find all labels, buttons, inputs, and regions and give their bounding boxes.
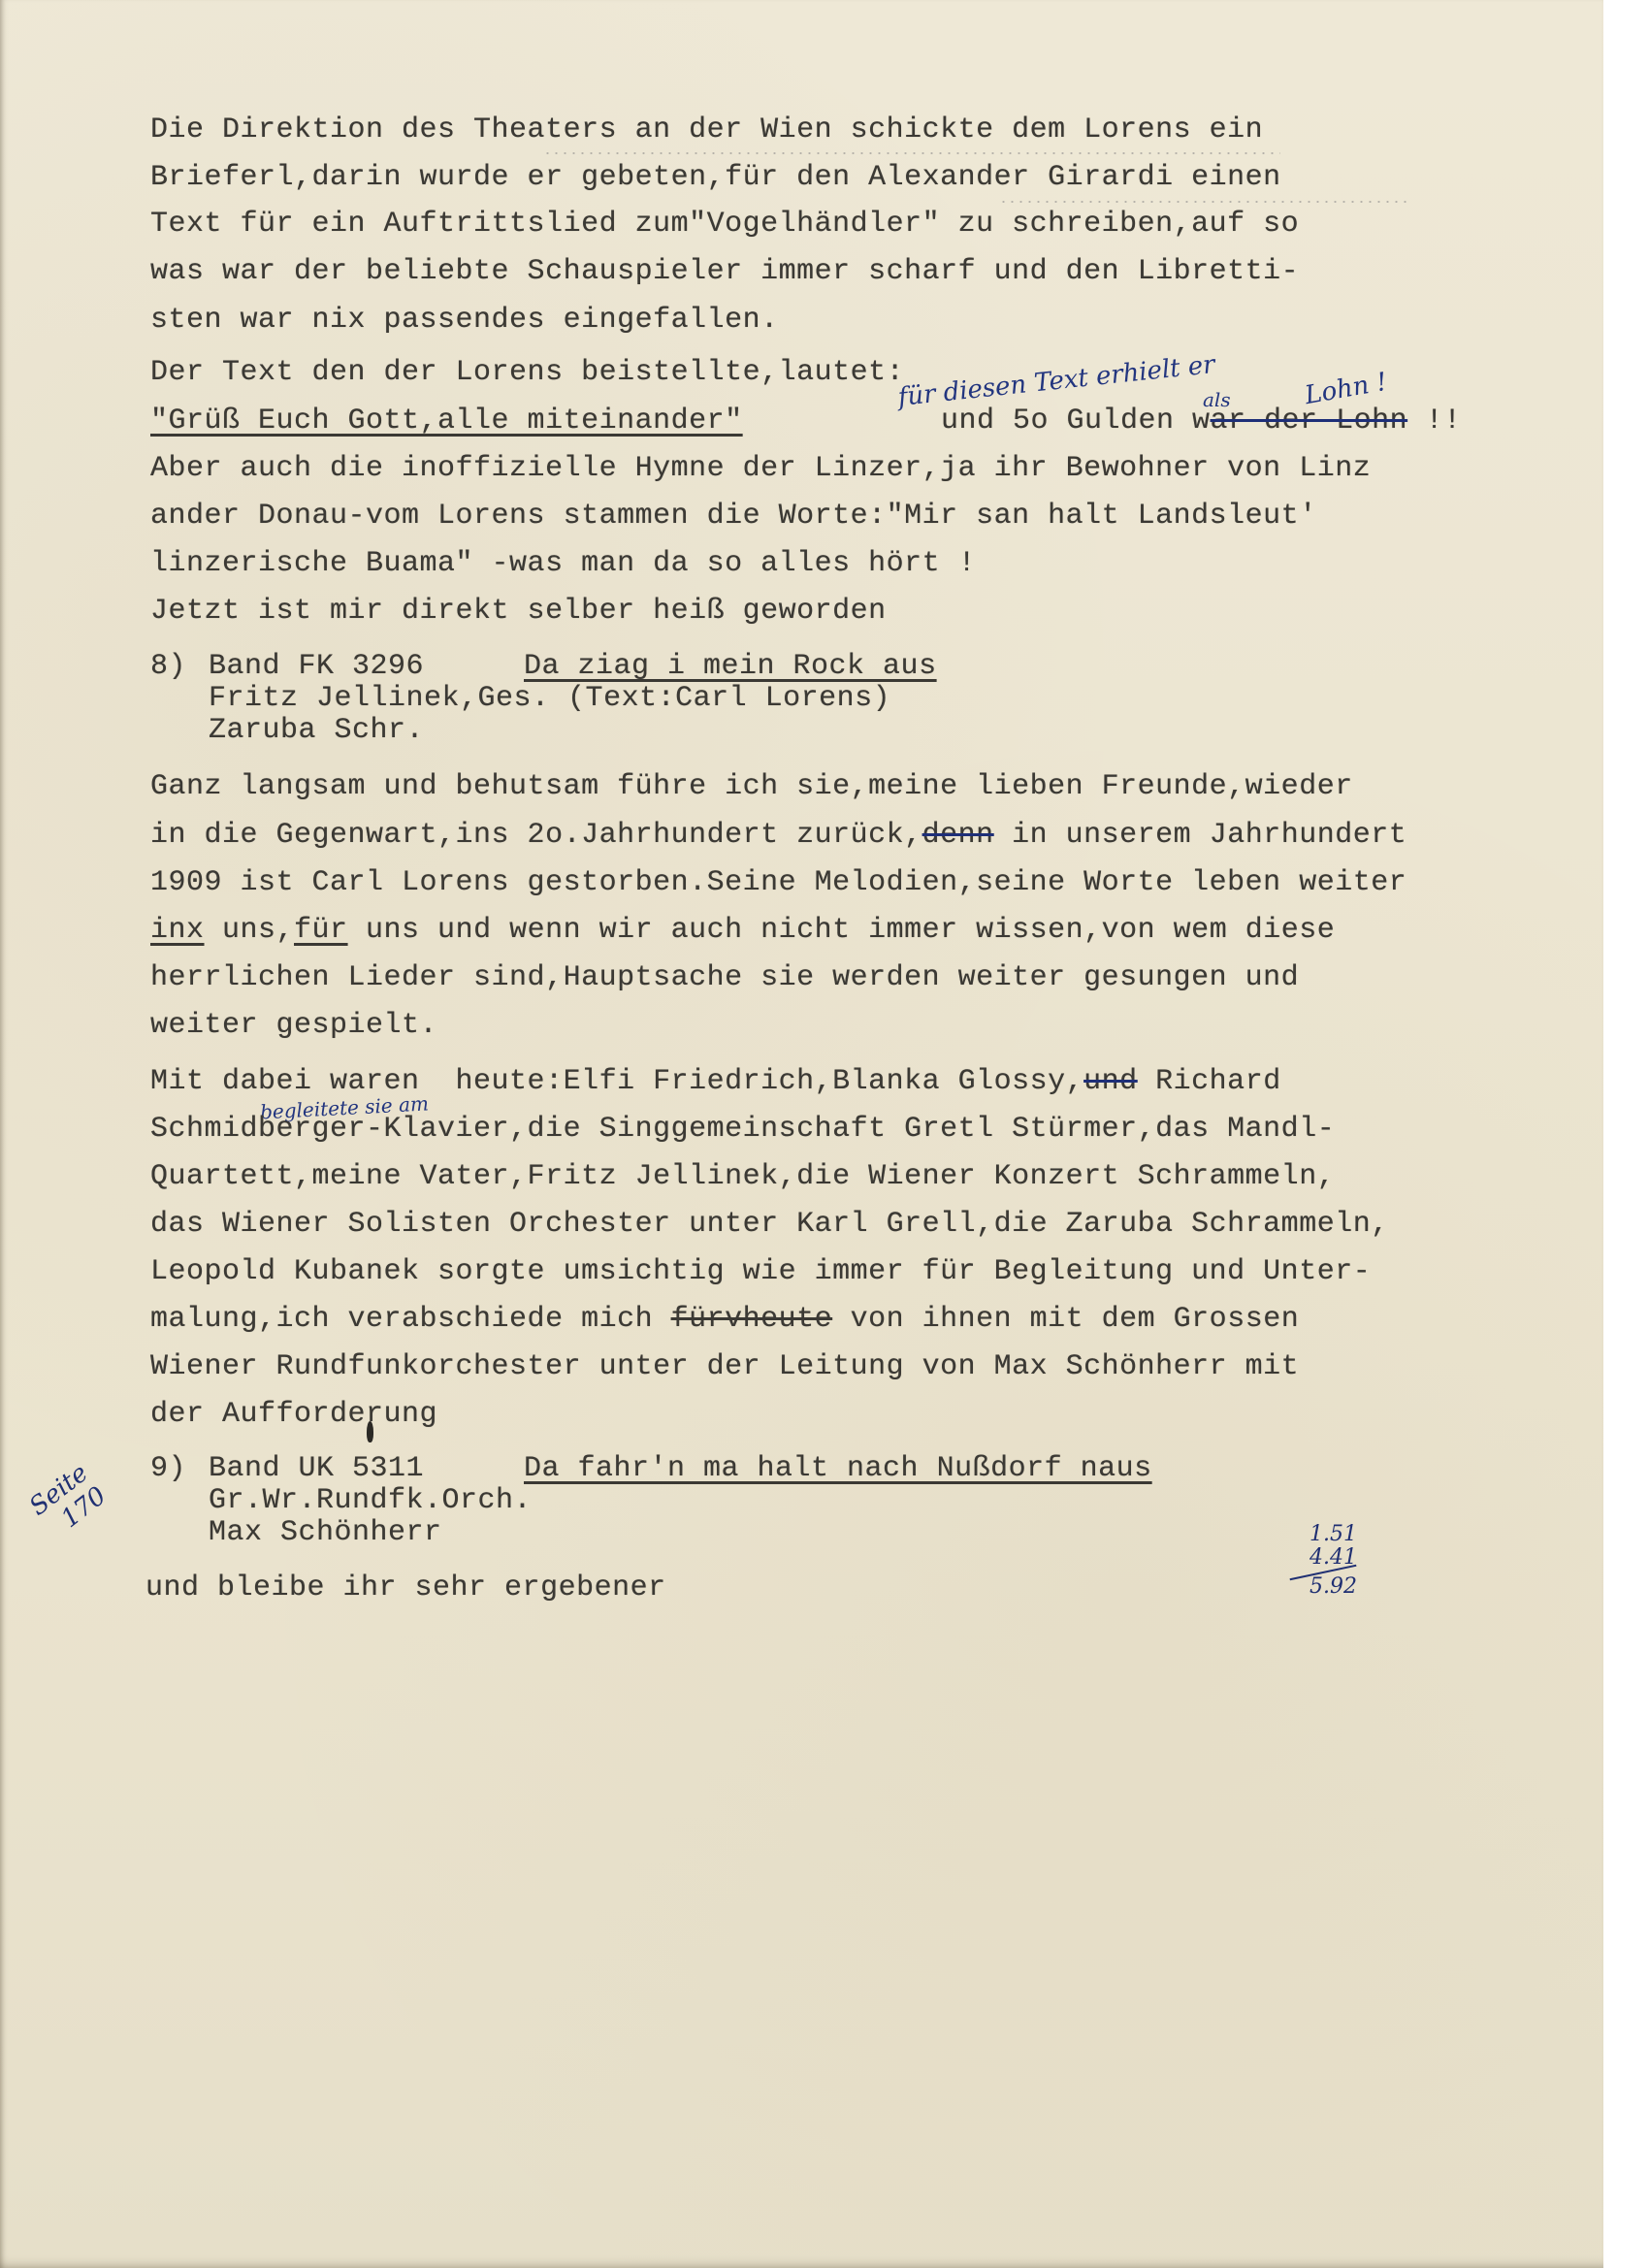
- para3-line: Ganz langsam und behutsam führe ich sie,…: [150, 770, 1353, 803]
- para3-line: weiter gespielt.: [150, 1009, 437, 1042]
- guide-dots: [543, 152, 1280, 154]
- track-9-conductor: Max Schönherr: [209, 1516, 442, 1549]
- para3-line: in die Gegenwart,ins 2o.Jahrhundert zurü…: [150, 819, 1406, 852]
- underlined-inx: inx: [150, 914, 205, 947]
- para4-line: Leopold Kubanek sorgte umsichtig wie imm…: [150, 1255, 1371, 1288]
- para1-line: Text für ein Auftrittslied zum"Vogelhänd…: [150, 208, 1299, 241]
- handwritten-time-sum: 1.51 4.41 5.92: [1295, 1523, 1357, 1599]
- payment-suffix: !!: [1407, 405, 1462, 437]
- para4-text: Mit dabei waren heute:Elfi Friedrich,Bla…: [150, 1065, 1083, 1098]
- track-8-title: Da ziag i mein Rock aus: [524, 650, 937, 683]
- closing-line: und bleibe ihr sehr ergebener: [145, 1571, 666, 1604]
- para3-text: uns und wenn wir auch nicht immer wissen…: [348, 914, 1336, 947]
- para4-line: Quartett,meine Vater,Fritz Jellinek,die …: [150, 1160, 1335, 1193]
- para4-line: malung,ich verabschiede mich fürvheute v…: [150, 1303, 1299, 1336]
- para3-line: herrlichen Lieder sind,Hauptsache sie we…: [150, 961, 1299, 994]
- para4-text: malung,ich verabschiede mich: [150, 1303, 671, 1336]
- struck-denn: denn: [922, 819, 994, 852]
- guide-dots: [999, 201, 1406, 203]
- track-8-number: 8): [150, 650, 186, 683]
- para2-line: Jetzt ist mir direkt selber heiß geworde…: [150, 595, 887, 628]
- ink-blot: [367, 1421, 373, 1442]
- para4-line: Schmidberger-Klavier,die Singgemeinschaf…: [150, 1113, 1335, 1146]
- underlined-fuer: für: [294, 914, 348, 947]
- para1-line: sten war nix passendes eingefallen.: [150, 304, 779, 337]
- track-9-tape: Band UK 5311: [209, 1452, 424, 1485]
- para3-text: uns,: [205, 914, 295, 947]
- para3-text: in die Gegenwart,ins 2o.Jahrhundert zurü…: [150, 819, 922, 852]
- track-9-title: Da fahr'n ma halt nach Nußdorf naus: [524, 1452, 1152, 1485]
- track-8-ensemble: Zaruba Schr.: [209, 714, 424, 747]
- para2-line: Aber auch die inoffizielle Hymne der Lin…: [150, 452, 1371, 485]
- track-8-tape: Band FK 3296: [209, 650, 424, 683]
- track-9-performer: Gr.Wr.Rundfk.Orch.: [209, 1484, 532, 1517]
- para2-line: ander Donau-vom Lorens stammen die Worte…: [150, 500, 1317, 533]
- payment-prefix: und 5o Gulden w: [941, 405, 1211, 437]
- para3-text: in unserem Jahrhundert: [994, 819, 1407, 852]
- track-9-number: 9): [150, 1452, 186, 1485]
- time-sum-line-1: 1.51: [1295, 1523, 1357, 1546]
- margin-note-page: Seite 170: [24, 1458, 112, 1544]
- para4-line: das Wiener Solisten Orchester unter Karl…: [150, 1208, 1389, 1241]
- para1-line: Brieferl,darin wurde er gebeten,für den …: [150, 161, 1281, 194]
- song-title-gruss-euch-gott: "Grüß Euch Gott,alle miteinander": [150, 405, 743, 437]
- paper-sheet: Die Direktion des Theaters an der Wien s…: [0, 0, 1603, 2268]
- struck-fuer-heute: fürvheute: [671, 1303, 833, 1336]
- time-sum-total: 5.92: [1295, 1575, 1357, 1599]
- para3-line: inx uns,für uns und wenn wir auch nicht …: [150, 914, 1335, 947]
- para1-line: Die Direktion des Theaters an der Wien s…: [150, 113, 1263, 146]
- para3-line: 1909 ist Carl Lorens gestorben.Seine Mel…: [150, 866, 1406, 899]
- para2-line: linzerische Buama" -was man da so alles …: [150, 547, 976, 580]
- para4-line: Mit dabei waren heute:Elfi Friedrich,Bla…: [150, 1065, 1281, 1098]
- track-8-performer: Fritz Jellinek,Ges. (Text:Carl Lorens): [209, 682, 890, 715]
- para4-line: der Aufforderung: [150, 1398, 437, 1431]
- para4-text: von ihnen mit dem Grossen: [832, 1303, 1299, 1336]
- para4-text: Richard: [1138, 1065, 1281, 1098]
- para1-line: was war der beliebte Schauspieler immer …: [150, 255, 1299, 288]
- struck-und: und: [1083, 1065, 1138, 1098]
- para4-line: Wiener Rundfunkorchester unter der Leitu…: [150, 1350, 1299, 1383]
- handwritten-insert-payment: für diesen Text erhielt er: [896, 350, 1216, 412]
- handwritten-als: als: [1203, 388, 1231, 411]
- para2-intro: Der Text den der Lorens beistellte,laute…: [150, 356, 904, 389]
- payment-line: und 5o Gulden war der Lohn !!: [941, 405, 1462, 437]
